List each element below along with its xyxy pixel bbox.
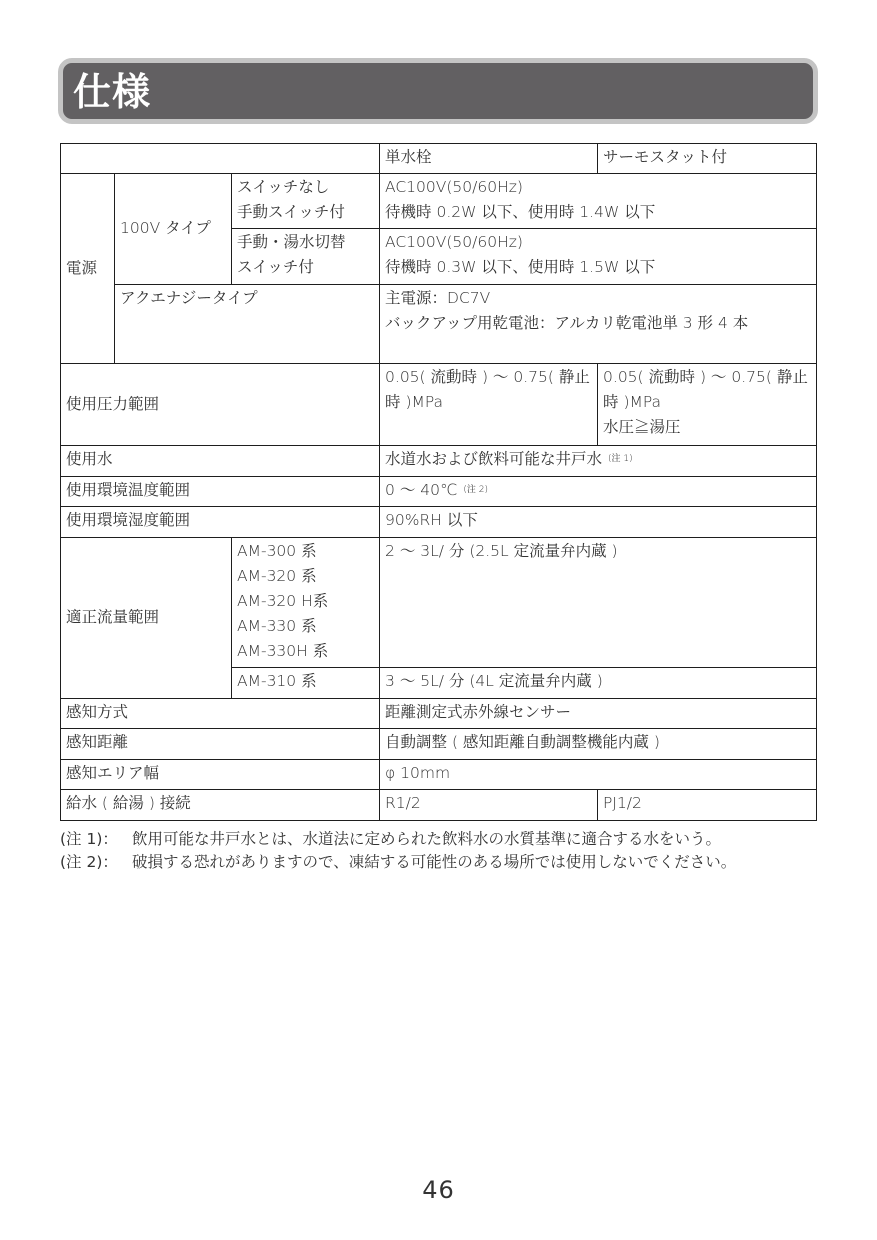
subtype-cell: スイッチなし 手動スイッチ付 xyxy=(232,174,380,229)
pressure-thermo: 0.05( 流動時 ) ～ 0.75( 静止時 )MPa 水圧≧湯圧 xyxy=(598,364,817,446)
header-single-faucet: 単水栓 xyxy=(380,144,598,174)
humidity-label: 使用環境湿度範囲 xyxy=(61,507,380,538)
page-number: 46 xyxy=(0,1176,877,1204)
pressure-label: 使用圧力範囲 xyxy=(61,364,380,446)
value-line: 水圧≧湯圧 xyxy=(603,415,811,440)
water-value: 水道水および飲料可能な井戸水 xyxy=(385,450,602,468)
table-header-row: 単水栓 サーモスタット付 xyxy=(61,144,817,174)
subtype-cell: 手動・湯水切替 スイッチ付 xyxy=(232,229,380,285)
header-thermostat: サーモスタット付 xyxy=(598,144,817,174)
value-line: 待機時 0.2W 以下、使用時 1.4W 以下 xyxy=(385,200,811,225)
table-row: 給水 ( 給湯 ) 接続 R1/2 PJ1/2 xyxy=(61,790,817,821)
spec-table: 単水栓 サーモスタット付 電源 100V タイプ スイッチなし 手動スイッチ付 … xyxy=(60,143,817,821)
power-value-cell: AC100V(50/60Hz) 待機時 0.2W 以下、使用時 1.4W 以下 xyxy=(380,174,817,229)
humidity-value: 90%RH 以下 xyxy=(380,507,817,538)
sensing-distance-value: 自動調整 ( 感知距離自動調整機能内蔵 ) xyxy=(380,729,817,760)
power-value-cell: AC100V(50/60Hz) 待機時 0.3W 以下、使用時 1.5W 以下 xyxy=(380,229,817,285)
water-label: 使用水 xyxy=(61,446,380,477)
sensing-method-value: 距離測定式赤外線センサー xyxy=(380,699,817,729)
note-ref: (注 1) xyxy=(608,454,633,464)
connection-thermo: PJ1/2 xyxy=(598,790,817,821)
sensing-method-label: 感知方式 xyxy=(61,699,380,729)
model-line: AM-330H 系 xyxy=(237,639,374,664)
subtype-line: 手動・湯水切替 xyxy=(237,230,374,255)
temperature-value-cell: 0 ～ 40℃(注 2) xyxy=(380,477,817,507)
temperature-value: 0 ～ 40℃ xyxy=(385,481,457,499)
table-row: アクエナジータイプ 主電源：DC7V バックアップ用乾電池：アルカリ乾電池単 3… xyxy=(61,285,817,364)
sensing-area-value: φ 10mm xyxy=(380,760,817,790)
table-row: 感知エリア幅 φ 10mm xyxy=(61,760,817,790)
notes-section: (注 1)： 飲用可能な井戸水とは、水道法に定められた飲料水の水質基準に適合する… xyxy=(60,828,820,874)
value-line: 0.05( 流動時 ) ～ 0.75( 静止時 )MPa xyxy=(603,365,811,415)
sensing-area-label: 感知エリア幅 xyxy=(61,760,380,790)
subtype-line: 手動スイッチ付 xyxy=(237,200,374,225)
value-line: 待機時 0.3W 以下、使用時 1.5W 以下 xyxy=(385,255,811,280)
table-row: 感知距離 自動調整 ( 感知距離自動調整機能内蔵 ) xyxy=(61,729,817,760)
model-line: AM-320 H系 xyxy=(237,589,374,614)
aquenergy-value-cell: 主電源：DC7V バックアップ用乾電池：アルカリ乾電池単 3 形 4 本 xyxy=(380,285,817,364)
flow-label: 適正流量範囲 xyxy=(61,538,232,699)
flow-value: 3 ～ 5L/ 分 (4L 定流量弁内蔵 ) xyxy=(380,668,817,699)
model-line: AM-300 系 xyxy=(237,539,374,564)
value-line: バックアップ用乾電池：アルカリ乾電池単 3 形 4 本 xyxy=(385,311,811,336)
sensing-distance-label: 感知距離 xyxy=(61,729,380,760)
note-item: (注 2)： 破損する恐れがありますので、凍結する可能性のある場所では使用しない… xyxy=(60,851,820,874)
table-row: 感知方式 距離測定式赤外線センサー xyxy=(61,699,817,729)
value-line: 0.05( 流動時 ) ～ 0.75( 静止時 )MPa xyxy=(385,365,592,415)
table-row: 使用圧力範囲 0.05( 流動時 ) ～ 0.75( 静止時 )MPa 0.05… xyxy=(61,364,817,446)
flow-models-cell: AM-310 系 xyxy=(232,668,380,699)
note-item: (注 1)： 飲用可能な井戸水とは、水道法に定められた飲料水の水質基準に適合する… xyxy=(60,828,820,851)
table-row: 使用水 水道水および飲料可能な井戸水(注 1) xyxy=(61,446,817,477)
note-ref: (注 2) xyxy=(463,485,488,495)
table-row: 適正流量範囲 AM-300 系 AM-320 系 AM-320 H系 AM-33… xyxy=(61,538,817,668)
aquenergy-label: アクエナジータイプ xyxy=(115,285,380,364)
value-line: AC100V(50/60Hz) xyxy=(385,230,811,255)
table-row: 電源 100V タイプ スイッチなし 手動スイッチ付 AC100V(50/60H… xyxy=(61,174,817,229)
type-100v-label: 100V タイプ xyxy=(115,174,232,285)
temperature-label: 使用環境温度範囲 xyxy=(61,477,380,507)
model-line: AM-320 系 xyxy=(237,564,374,589)
power-label: 電源 xyxy=(61,174,115,364)
flow-value: 2 ～ 3L/ 分 (2.5L 定流量弁内蔵 ) xyxy=(380,538,817,668)
page-title: 仕様 xyxy=(73,69,151,115)
subtype-line: スイッチなし xyxy=(237,175,374,200)
value-line: 主電源：DC7V xyxy=(385,286,811,311)
model-line: AM-330 系 xyxy=(237,614,374,639)
table-row: 使用環境温度範囲 0 ～ 40℃(注 2) xyxy=(61,477,817,507)
flow-models-cell: AM-300 系 AM-320 系 AM-320 H系 AM-330 系 AM-… xyxy=(232,538,380,668)
value-line: AC100V(50/60Hz) xyxy=(385,175,811,200)
note-text: 破損する恐れがありますので、凍結する可能性のある場所では使用しないでください。 xyxy=(132,851,820,874)
connection-label: 給水 ( 給湯 ) 接続 xyxy=(61,790,380,821)
connection-single: R1/2 xyxy=(380,790,598,821)
pressure-single: 0.05( 流動時 ) ～ 0.75( 静止時 )MPa xyxy=(380,364,598,446)
subtype-line: スイッチ付 xyxy=(237,255,374,280)
section-title-bar: 仕様 xyxy=(58,58,818,124)
note-text: 飲用可能な井戸水とは、水道法に定められた飲料水の水質基準に適合する水をいう。 xyxy=(132,828,820,851)
table-row: 使用環境湿度範囲 90%RH 以下 xyxy=(61,507,817,538)
header-blank-cell xyxy=(61,144,380,174)
note-label: (注 1)： xyxy=(60,828,132,851)
note-label: (注 2)： xyxy=(60,851,132,874)
water-value-cell: 水道水および飲料可能な井戸水(注 1) xyxy=(380,446,817,477)
